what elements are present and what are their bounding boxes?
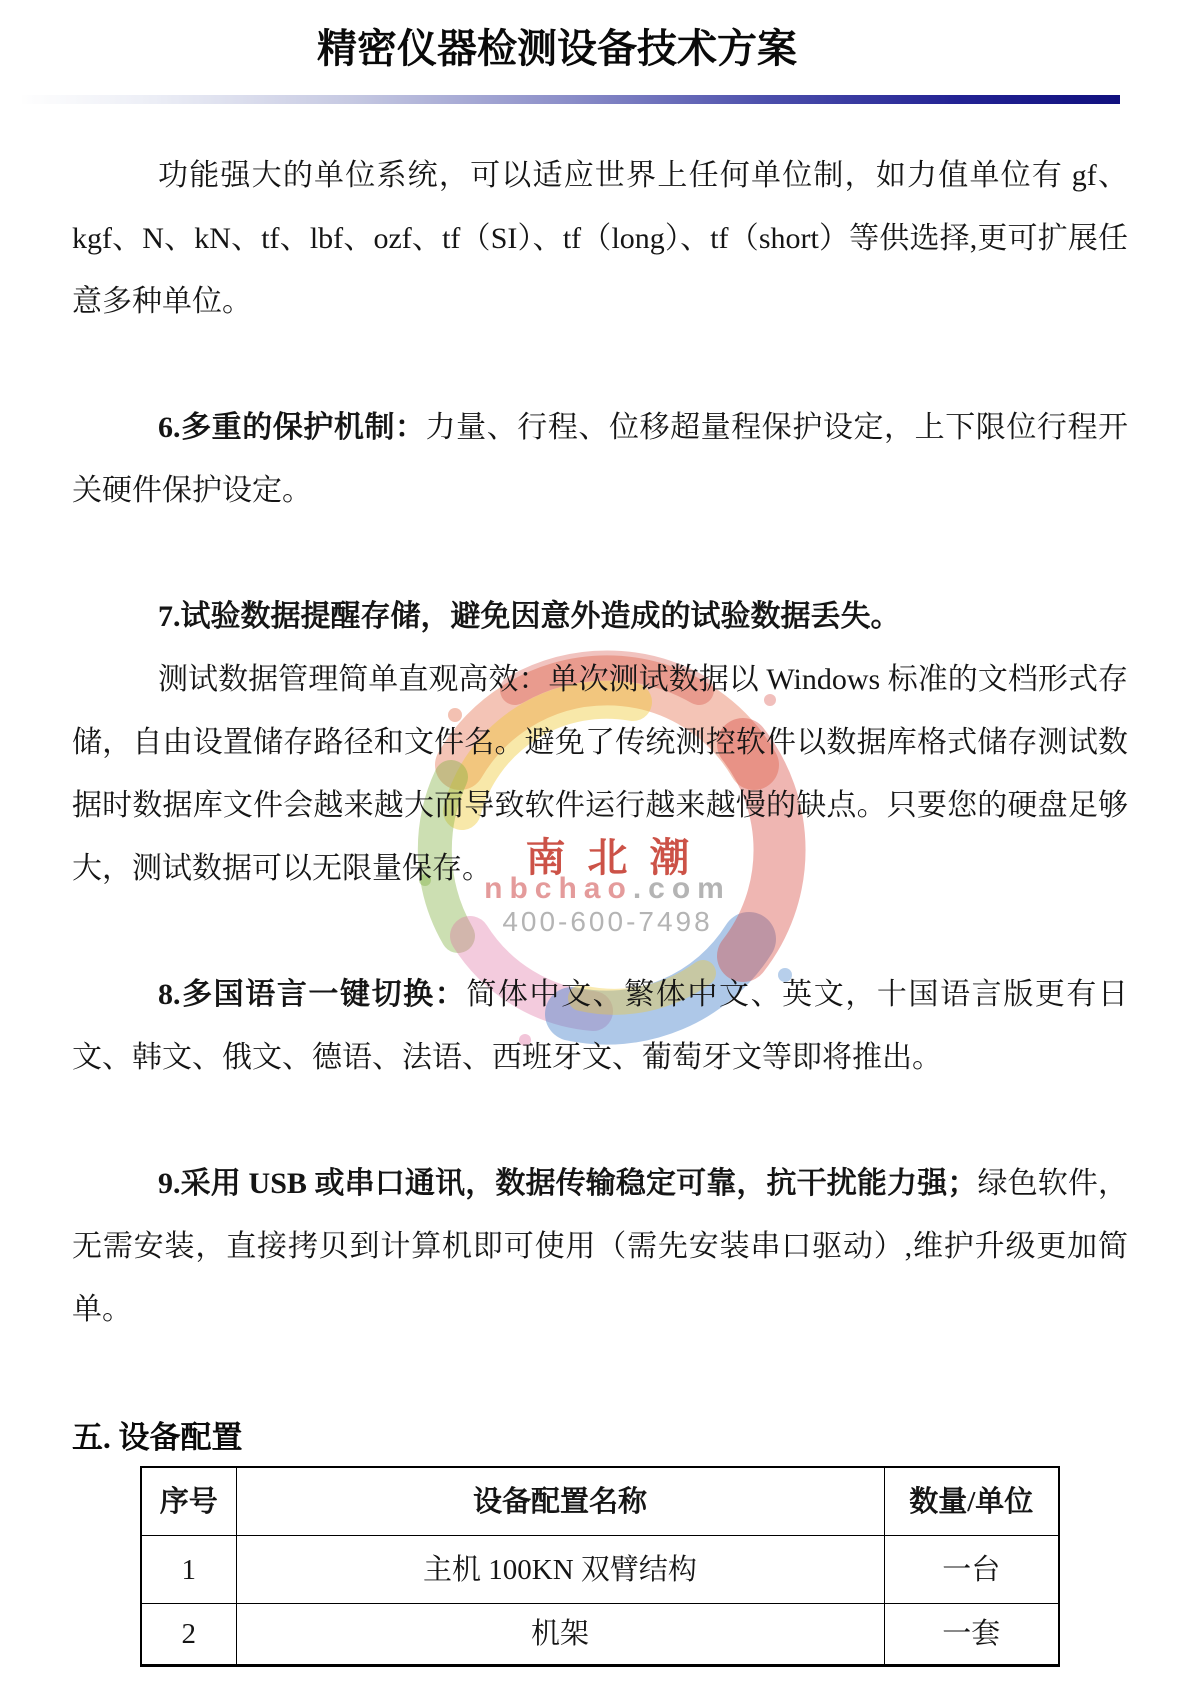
bold-text-run: 8.多国语言一键切换：	[158, 978, 466, 1011]
title-divider	[22, 95, 1120, 104]
bold-text-run: 7.试验数据提醒存储，避免因意外造成的试验数据丢失。	[158, 600, 901, 633]
section-heading: 五. 设备配置	[72, 1418, 1128, 1458]
bold-text-run: 9.采用 USB 或串口通讯，数据传输稳定可靠，抗干扰能力强；	[158, 1167, 977, 1200]
paragraph-data-reminder: 7.试验数据提醒存储，避免因意外造成的试验数据丢失。	[72, 585, 1128, 648]
table-header-cell-quantity: 数量/单位	[884, 1467, 1059, 1536]
equipment-table: 序号 设备配置名称 数量/单位 1主机 100KN 双臂结构一台2机架一套	[140, 1466, 1060, 1667]
table-cell: 一台	[884, 1536, 1059, 1604]
table-cell: 一套	[884, 1604, 1059, 1666]
table-cell: 主机 100KN 双臂结构	[236, 1536, 884, 1604]
page-root: { "document": { "title": "精密仪器检测设备技术方案",…	[0, 0, 1200, 1699]
paragraph-list: 功能强大的单位系统，可以适应世界上任何单位制，如力值单位有 gf、kgf、N、k…	[72, 144, 1128, 1341]
table-cell: 2	[141, 1604, 236, 1666]
paragraph-usb-serial: 9.采用 USB 或串口通讯，数据传输稳定可靠，抗干扰能力强；绿色软件，无需安装…	[72, 1152, 1128, 1341]
text-run: 功能强大的单位系统，可以适应世界上任何单位制，如力值单位有 gf、kgf、N、k…	[72, 159, 1128, 318]
table-header-cell-name: 设备配置名称	[236, 1467, 884, 1536]
paragraph-protection: 6.多重的保护机制：力量、行程、位移超量程保护设定，上下限位行程开关硬件保护设定…	[72, 396, 1128, 522]
paragraph-languages: 8.多国语言一键切换：简体中文、繁体中文、英文，十国语言版更有日文、韩文、俄文、…	[72, 963, 1128, 1089]
paragraph-data-management: 测试数据管理简单直观高效：单次测试数据以 Windows 标准的文档形式存储，自…	[72, 648, 1128, 900]
document-body: 功能强大的单位系统，可以适应世界上任何单位制，如力值单位有 gf、kgf、N、k…	[72, 144, 1128, 1667]
page-title: 精密仪器检测设备技术方案	[0, 24, 1114, 74]
table-row: 1主机 100KN 双臂结构一台	[141, 1536, 1059, 1604]
table-row: 2机架一套	[141, 1604, 1059, 1666]
bold-text-run: 6.多重的保护机制：	[158, 411, 426, 444]
table-cell: 1	[141, 1536, 236, 1604]
table-header-row: 序号 设备配置名称 数量/单位	[141, 1467, 1059, 1536]
paragraph-units: 功能强大的单位系统，可以适应世界上任何单位制，如力值单位有 gf、kgf、N、k…	[72, 144, 1128, 333]
table-cell: 机架	[236, 1604, 884, 1666]
table-body: 1主机 100KN 双臂结构一台2机架一套	[141, 1536, 1059, 1666]
text-run: 测试数据管理简单直观高效：单次测试数据以 Windows 标准的文档形式存储，自…	[72, 663, 1128, 885]
table-header-cell-index: 序号	[141, 1467, 236, 1536]
